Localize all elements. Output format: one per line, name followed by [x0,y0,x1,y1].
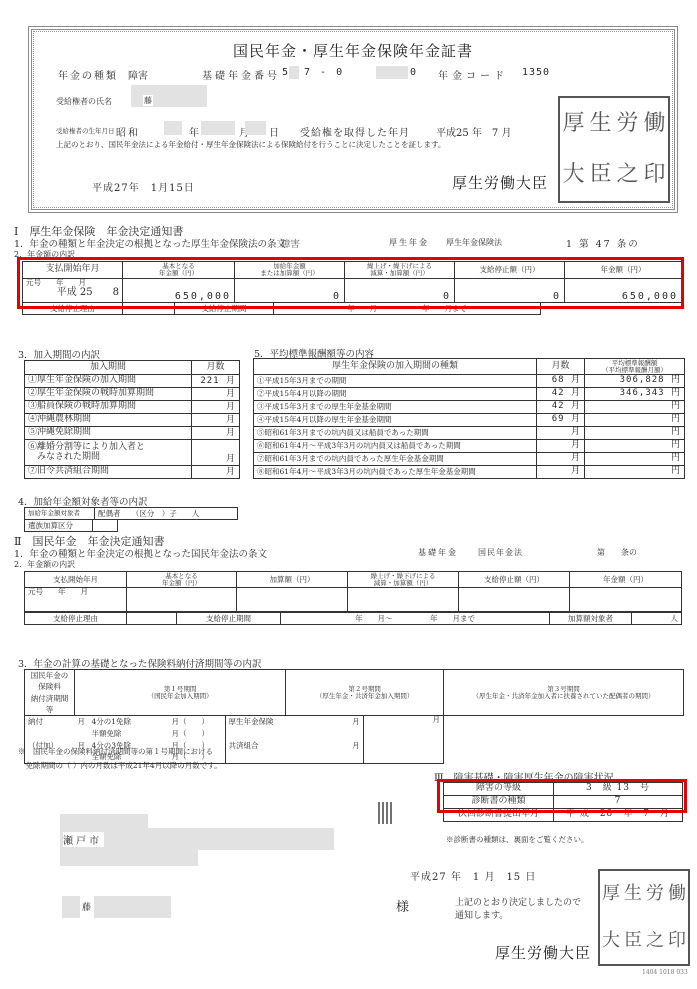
certificate-title: 国民年金・厚生年金保険年金証書 [32,40,674,61]
stamp-glyph: 働 [666,885,688,903]
enrollment-months: 月 [192,440,240,466]
enrollment-label: ①厚生年金保険の加入期間 [25,375,192,388]
addressee-name-partial: 藤 [82,900,91,913]
blank-cell [286,752,364,764]
table-row: ⑤昭和61年3月までの坑内員又は船員であった期間 月 円 [254,427,685,440]
section1-item1-law: 厚生年金保険法 [446,237,502,248]
table-row: ②平成15年4月以降の期間 42 月 346,343 円 [254,388,685,401]
paid-label: 納付 [25,716,75,728]
cell-suspended [459,588,570,612]
col-enrollment-period: 加入期間 [25,361,192,375]
certificate-statement: 上記のとおり、国民年金法による年金給付・厚生年金保険法による保険給付を行うことに… [56,139,445,150]
p3-value: 月 [363,716,443,764]
official-seal-stamp: 厚生労働大臣之印 [558,96,670,203]
certificate-signatory: 厚生労働大臣 [452,172,548,193]
salary-period-label: ①平成15年3月までの期間 [254,375,537,388]
stamp-glyph: 印 [641,164,668,186]
salary-period-label: ②平成15年4月以降の期間 [254,388,537,401]
stamp-glyph: 生 [622,885,644,903]
stamp-glyph: 労 [644,885,666,903]
enrollment-months: 月 [192,401,240,414]
survivor-label: 遺族加算区分 [25,520,93,532]
section2-item1-kind: 基礎年金 [418,547,458,558]
salary-months: 68 月 [537,375,585,388]
table-row: ③平成15年3月までの厚生年金基金期間 42 月 円 [254,401,685,414]
pension-code-value: 1350 [522,67,550,78]
salary-period-label: ⑧昭和61年4月～平成3年3月の坑内員であった厚生年金基金期間 [254,466,537,479]
redaction [201,121,235,135]
salary-amount: 円 [585,401,685,414]
salary-months: 69 月 [537,414,585,427]
survivor-value [93,520,118,532]
stamp-glyph: 印 [666,932,688,950]
redaction [60,814,148,828]
enrollment-label: ⑤沖縄免除期間 [25,427,192,440]
blank-cell [225,752,286,764]
salary-months: 42 月 [537,401,585,414]
basic-number-part-c: 0 [410,67,418,78]
redaction [94,896,171,918]
redaction [60,850,198,866]
recipient-name-partial: 藤 [143,95,153,106]
p2-value: 月 [286,716,364,728]
certificate-date: 平成27年 1月15日 [92,179,195,194]
section2-item3-label: 3．年金の計算の基礎となった保険料納付済期間等の内訳 [18,656,262,670]
qr-code-icon [378,802,394,824]
suspension-reason-value [127,613,177,625]
table-row: ③船員保険の戦時加算期間 月 [25,401,240,414]
period3-header: 第３号期間 （厚生年金・共済年金加入者に扶養されていた配偶者の期間） [444,670,684,716]
col-period-type: 厚生年金保険の加入期間の種類 [254,359,537,375]
table-row: ②厚生年金保険の戦時加算期間 月 [25,388,240,401]
stamp-glyph: 之 [614,164,641,186]
survivor-table: 遺族加算区分 [24,519,118,532]
blank-cell [25,728,75,740]
col-salary-months: 月数 [537,359,585,375]
section1-item3-label: 3．加入期間の内訳 [18,347,100,361]
section2-item2-label: 2．年金額の内訳 [14,559,75,570]
notice-text: 上記のとおり決定しましたので 通知します。 [455,897,581,922]
stamp-glyph: 臣 [622,932,644,950]
blank-cell [286,728,364,740]
stamp-glyph: 厚 [600,885,622,903]
col-base-amount: 基本となる 年金額（円） [127,572,237,588]
addition-target-value: 人 [632,613,682,625]
birth-date-label: 受給権者の生年月日 [56,126,115,135]
redaction [376,66,408,79]
salary-amount: 円 [585,414,685,427]
blank-cell [225,728,286,740]
table-row: ⑥離婚分割等により加入者と みなされた期間 月 [25,440,240,466]
enrollment-label: ⑥離婚分割等により加入者と みなされた期間 [25,440,192,466]
enrollment-months: 221 月 [192,375,240,388]
birth-year-unit: 年 [189,124,199,139]
basic-number-part-b: 7 - 0 [304,67,344,78]
section1-item1-kind: 厚生年金 [389,237,429,248]
redaction [164,121,182,135]
stamp-glyph: 臣 [587,164,614,186]
salary-period-label: ④平成15年4月以降の厚生年金基金期間 [254,414,537,427]
redaction [245,121,266,135]
blank-cell [75,728,89,740]
period2-header: 第２号期間 （厚生年金・共済年金加入期間） [286,670,444,716]
contribution-row-header: 国民年金の 保険料 納付済期間 等 [25,670,75,716]
section1-item1-type: 障害 [281,236,300,250]
exemption-value: 月（ ） [169,728,219,740]
contribution-note: ※ 国民年金の保険料納付済期間等の第１号期間における 免除期間の（ ）内の月数は… [18,745,222,774]
pension-code-label: 年金コード [438,67,508,82]
stamp-glyph: 大 [560,164,587,186]
section2-item1-label: 1．年金の種類と年金決定の根拠となった国民年金法の条文 [14,546,267,560]
redaction [289,66,299,79]
dependents-value: 配偶者 （区分 ）子 人 [95,508,238,520]
birth-day-unit: 日 [269,124,279,139]
highlight-box-amount [17,257,684,309]
cell-adjustment [348,588,459,612]
address-city: 瀬戸市 [63,832,104,847]
disability-note: ※診断書の種類は、裏面をご覧ください。 [446,836,589,844]
table-row: ⑧昭和61年4月～平成3年3月の坑内員であった厚生年金基金期間 月 円 [254,466,685,479]
section1-item1-article: 1 第 47 条の [566,236,640,250]
salary-table: 厚生年金保険の加入期間の種類 月数 平均標準報酬額 （平均標準報酬月額） ①平成… [253,358,685,479]
acquired-value: 平成25 年 7 月 [436,124,511,139]
salary-amount: 円 [585,427,685,440]
salary-amount: 346,343 円 [585,388,685,401]
enrollment-label: ②厚生年金保険の戦時加算期間 [25,388,192,401]
table-row: ①厚生年金保険の加入期間 221 月 [25,375,240,388]
enrollment-months: 月 [192,427,240,440]
exemption-label: 半額免除 [89,728,169,740]
honorific: 様 [396,896,409,915]
cell-total [570,588,682,612]
section2-item1-article: 第 条の [597,547,637,558]
salary-amount: 円 [585,453,685,466]
table-row: ⑦昭和61年3月までの坑内員であった厚生年金基金期間 月 円 [254,453,685,466]
p2-label: 厚生年金保険 [225,716,286,728]
era-caption: 元号 年 月 [25,588,127,612]
pension-type-label: 年金の種類 [58,67,118,82]
exemption-label: 4分の1免除 [89,716,169,728]
table-row: ⑤沖縄免除期間 月 [25,427,240,440]
enrollment-months: 月 [192,466,240,479]
paid-month: 月 [75,716,89,728]
table-row: ⑦旧令共済組合期間 月 [25,466,240,479]
enrollment-label: ⑦旧令共済組合期間 [25,466,192,479]
suspension-period-value: 年 月～ 年 月まで [281,613,550,625]
basic-number-label: 基礎年金番号 [202,67,280,82]
section1-item1-label: 1．年金の種類と年金決定の根拠となった厚生年金保険法の条文 [14,236,286,250]
exemption-value: 月（ ） [169,716,219,728]
acquired-label: 受給権を取得した年月 [300,124,410,139]
stamp-glyph: 働 [641,113,668,135]
section1-item4-label: 4．加給年金額対象者等の内訳 [18,494,148,508]
suspension-reason-label: 支給停止理由 [25,613,127,625]
section2-item1-law: 国民年金法 [478,547,523,558]
p2-label: 共済組合 [225,740,286,752]
col-addition: 加算額（円） [237,572,348,588]
table-row: 納付月4分の1免除 月（ ） 厚生年金保険月月 [25,716,684,728]
col-start-date: 支払開始年月 [25,572,127,588]
birth-era: 昭和 [116,124,140,139]
pension-type-value: 障害 [128,67,148,82]
salary-amount: 円 [585,466,685,479]
table-row: 半額免除 月（ ） [25,728,684,740]
recipient-name-label: 受給権者の氏名 [56,96,112,107]
official-seal-stamp: 厚生労働大臣之印 [598,869,690,966]
cell-base-amount [127,588,237,612]
notice-signatory: 厚生労働大臣 [495,942,591,963]
form-code: 1404 1018 033 [642,969,688,976]
table-row: ④沖縄農林期間 月 [25,414,240,427]
stamp-glyph: 労 [614,113,641,135]
section2-suspension-table: 支給停止理由 支給停止期間 年 月～ 年 月まで 加算額対象者 人 [24,612,682,625]
stamp-glyph: 厚 [560,113,587,135]
table-row: ⑥昭和61年4月～平成3年3月の坑内員又は船員であった期間 月 円 [254,440,685,453]
salary-months: 月 [537,427,585,440]
redaction [62,896,80,918]
salary-amount: 306,828 円 [585,375,685,388]
notice-date: 平成27 年 1 月 15 日 [410,868,536,883]
highlight-box-disability [437,779,687,813]
table-row: ④平成15年4月以降の厚生年金基金期間 69 月 円 [254,414,685,427]
salary-period-label: ③平成15年3月までの厚生年金基金期間 [254,401,537,414]
stamp-glyph: 大 [600,932,622,950]
enrollment-months: 月 [192,414,240,427]
col-adjustment: 繰上げ・繰下げによる 減算・加算額（円） [348,572,459,588]
period1-header: 第１号期間 （国民年金加入期間） [75,670,286,716]
col-suspended: 支給停止額（円） [459,572,570,588]
salary-months: 42 月 [537,388,585,401]
stamp-glyph: 生 [587,113,614,135]
enrollment-label: ④沖縄農林期間 [25,414,192,427]
col-months: 月数 [192,361,240,375]
salary-period-label: ⑦昭和61年3月までの坑内員であった厚生年金基金期間 [254,453,537,466]
salary-amount: 円 [585,440,685,453]
enrollment-table: 加入期間 月数 ①厚生年金保険の加入期間 221 月②厚生年金保険の戦時加算期間… [24,360,240,479]
salary-months: 月 [537,440,585,453]
section2-amount-table: 支払開始年月 基本となる 年金額（円） 加算額（円） 繰上げ・繰下げによる 減算… [24,571,682,612]
stamp-glyph: 之 [644,932,666,950]
suspension-period-label: 支給停止期間 [177,613,281,625]
col-avg-salary: 平均標準報酬額 （平均標準報酬月額） [585,359,685,375]
salary-period-label: ⑥昭和61年4月～平成3年3月の坑内員又は船員であった期間 [254,440,537,453]
addition-target-label: 加算額対象者 [550,613,632,625]
enrollment-label: ③船員保険の戦時加算期間 [25,401,192,414]
col-total: 年金額（円） [570,572,682,588]
p2-value: 月 [286,740,364,752]
enrollment-months: 月 [192,388,240,401]
table-row: ①平成15年3月までの期間 68 月 306,828 円 [254,375,685,388]
salary-months: 月 [537,453,585,466]
salary-period-label: ⑤昭和61年3月までの坑内員又は船員であった期間 [254,427,537,440]
salary-months: 月 [537,466,585,479]
cell-addition [237,588,348,612]
dependents-label: 加給年金額対象者 [25,508,95,520]
